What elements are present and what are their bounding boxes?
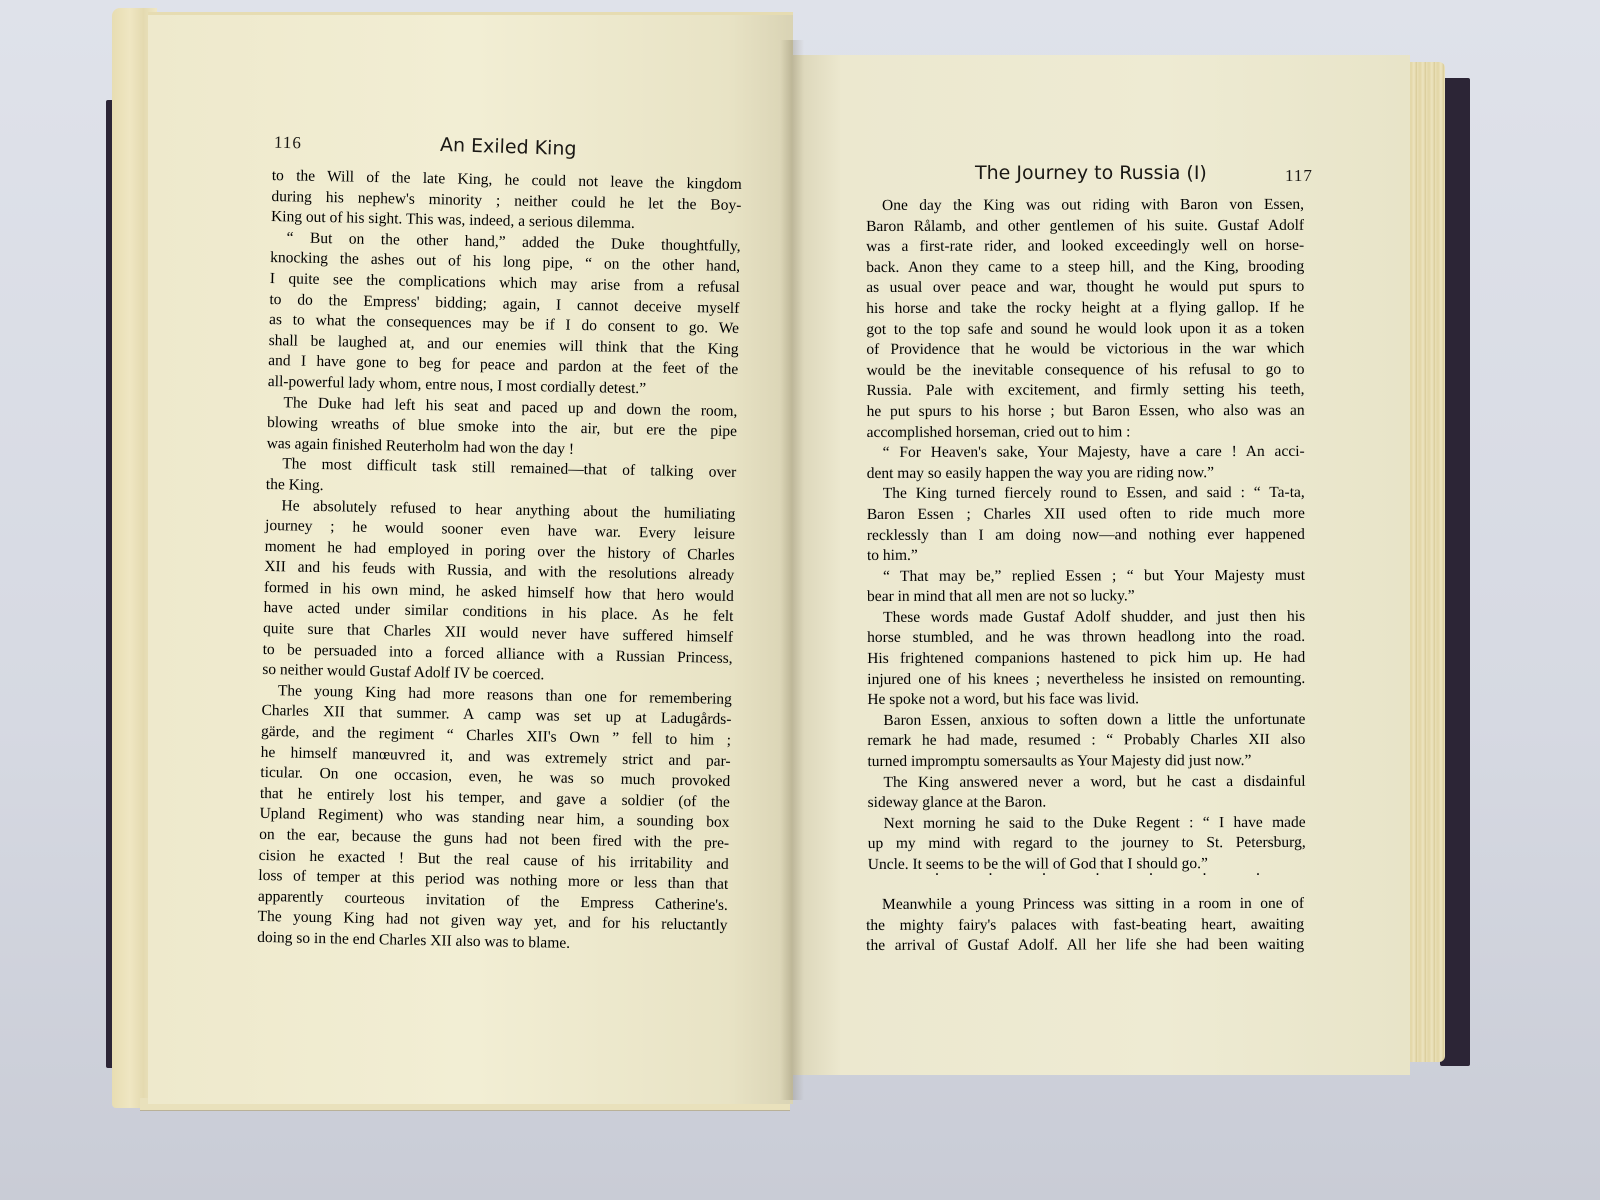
section-break-dot: . [1042,862,1046,880]
text-line: horse stumbled, and he was thrown headlo… [867,627,1305,649]
text-line: the mighty fairy's palaces with fast-bea… [866,914,1304,936]
book-gutter [780,40,804,1100]
text-line: Baron Essen, anxious to soften down a li… [867,710,1305,732]
text-line: His frightened companions hastened to pi… [867,648,1305,670]
text-line: as usual over peace and war, thought he … [866,277,1304,299]
text-line: up my mind with regard to the journey to… [868,833,1306,855]
text-line: the arrival of Gustaf Adolf. All her lif… [866,935,1304,957]
left-running-head: An Exiled King [440,134,577,160]
text-line: his horse and take the rocky height at a… [866,298,1304,320]
left-page-body: to the Will of the late King, he could n… [257,166,742,957]
text-line: to him.” [867,545,1305,567]
text-line: remark he had made, resumed : “ Probably… [867,730,1305,752]
text-line: The King turned fiercely round to Essen,… [867,483,1305,505]
section-break-dot: . [1096,862,1100,880]
text-line: of Providence that he would be victoriou… [866,339,1304,361]
section-break-dot: . [1203,862,1207,880]
text-line: Baron Essen ; Charles XII used often to … [867,504,1305,526]
text-line: bear in mind that all men are not so luc… [867,586,1305,608]
text-line: “ That may be,” replied Essen ; “ but Yo… [867,566,1305,588]
text-line: “ For Heaven's sake, Your Majesty, have … [867,442,1305,464]
text-line: injured one of his knees ; nevertheless … [867,669,1305,691]
section-break: . . . . . . . [935,862,1260,880]
text-line: Meanwhile a young Princess was sitting i… [866,894,1304,916]
text-line: He spoke not a word, but his face was li… [867,689,1305,711]
text-line: recklessly than I am doing now—and nothi… [867,524,1305,546]
text-line: accomplished horseman, cried out to him … [867,421,1305,443]
text-line: turned impromptu somersaults as Your Maj… [867,751,1305,773]
text-line: he put spurs to his horse ; but Baron Es… [867,401,1305,423]
left-page-number: 116 [274,133,302,154]
text-line: was a first-rate rider, and looked excee… [866,236,1304,258]
section-break-dot: . [935,862,939,880]
text-line: Baron Rålamb, and other gentlemen of his… [866,215,1304,237]
right-page-body-continued: Meanwhile a young Princess was sitting i… [866,894,1304,957]
section-break-dot: . [1149,862,1153,880]
text-line: dent may so easily happen the way you ar… [867,463,1305,485]
text-line: sideway glance at the Baron. [868,792,1306,814]
text-line: One day the King was out riding with Bar… [866,195,1304,217]
right-page-body: One day the King was out riding with Bar… [866,195,1306,876]
text-line: Next morning he said to the Duke Regent … [868,813,1306,835]
right-page-number: 117 [1285,166,1313,186]
section-break-dot: . [1256,862,1260,880]
right-running-head: The Journey to Russia (I) [975,162,1207,184]
text-line: would be the inevitable consequence of h… [866,360,1304,382]
text-line: Russia. Pale with excitement, and firmly… [866,380,1304,402]
text-line: got to the top safe and sound he would l… [866,318,1304,340]
text-line: The King answered never a word, but he c… [868,771,1306,793]
section-break-dot: . [989,862,993,880]
text-line: These words made Gustaf Adolf shudder, a… [867,607,1305,629]
text-line: back. Anon they came to a steep hill, an… [866,257,1304,279]
